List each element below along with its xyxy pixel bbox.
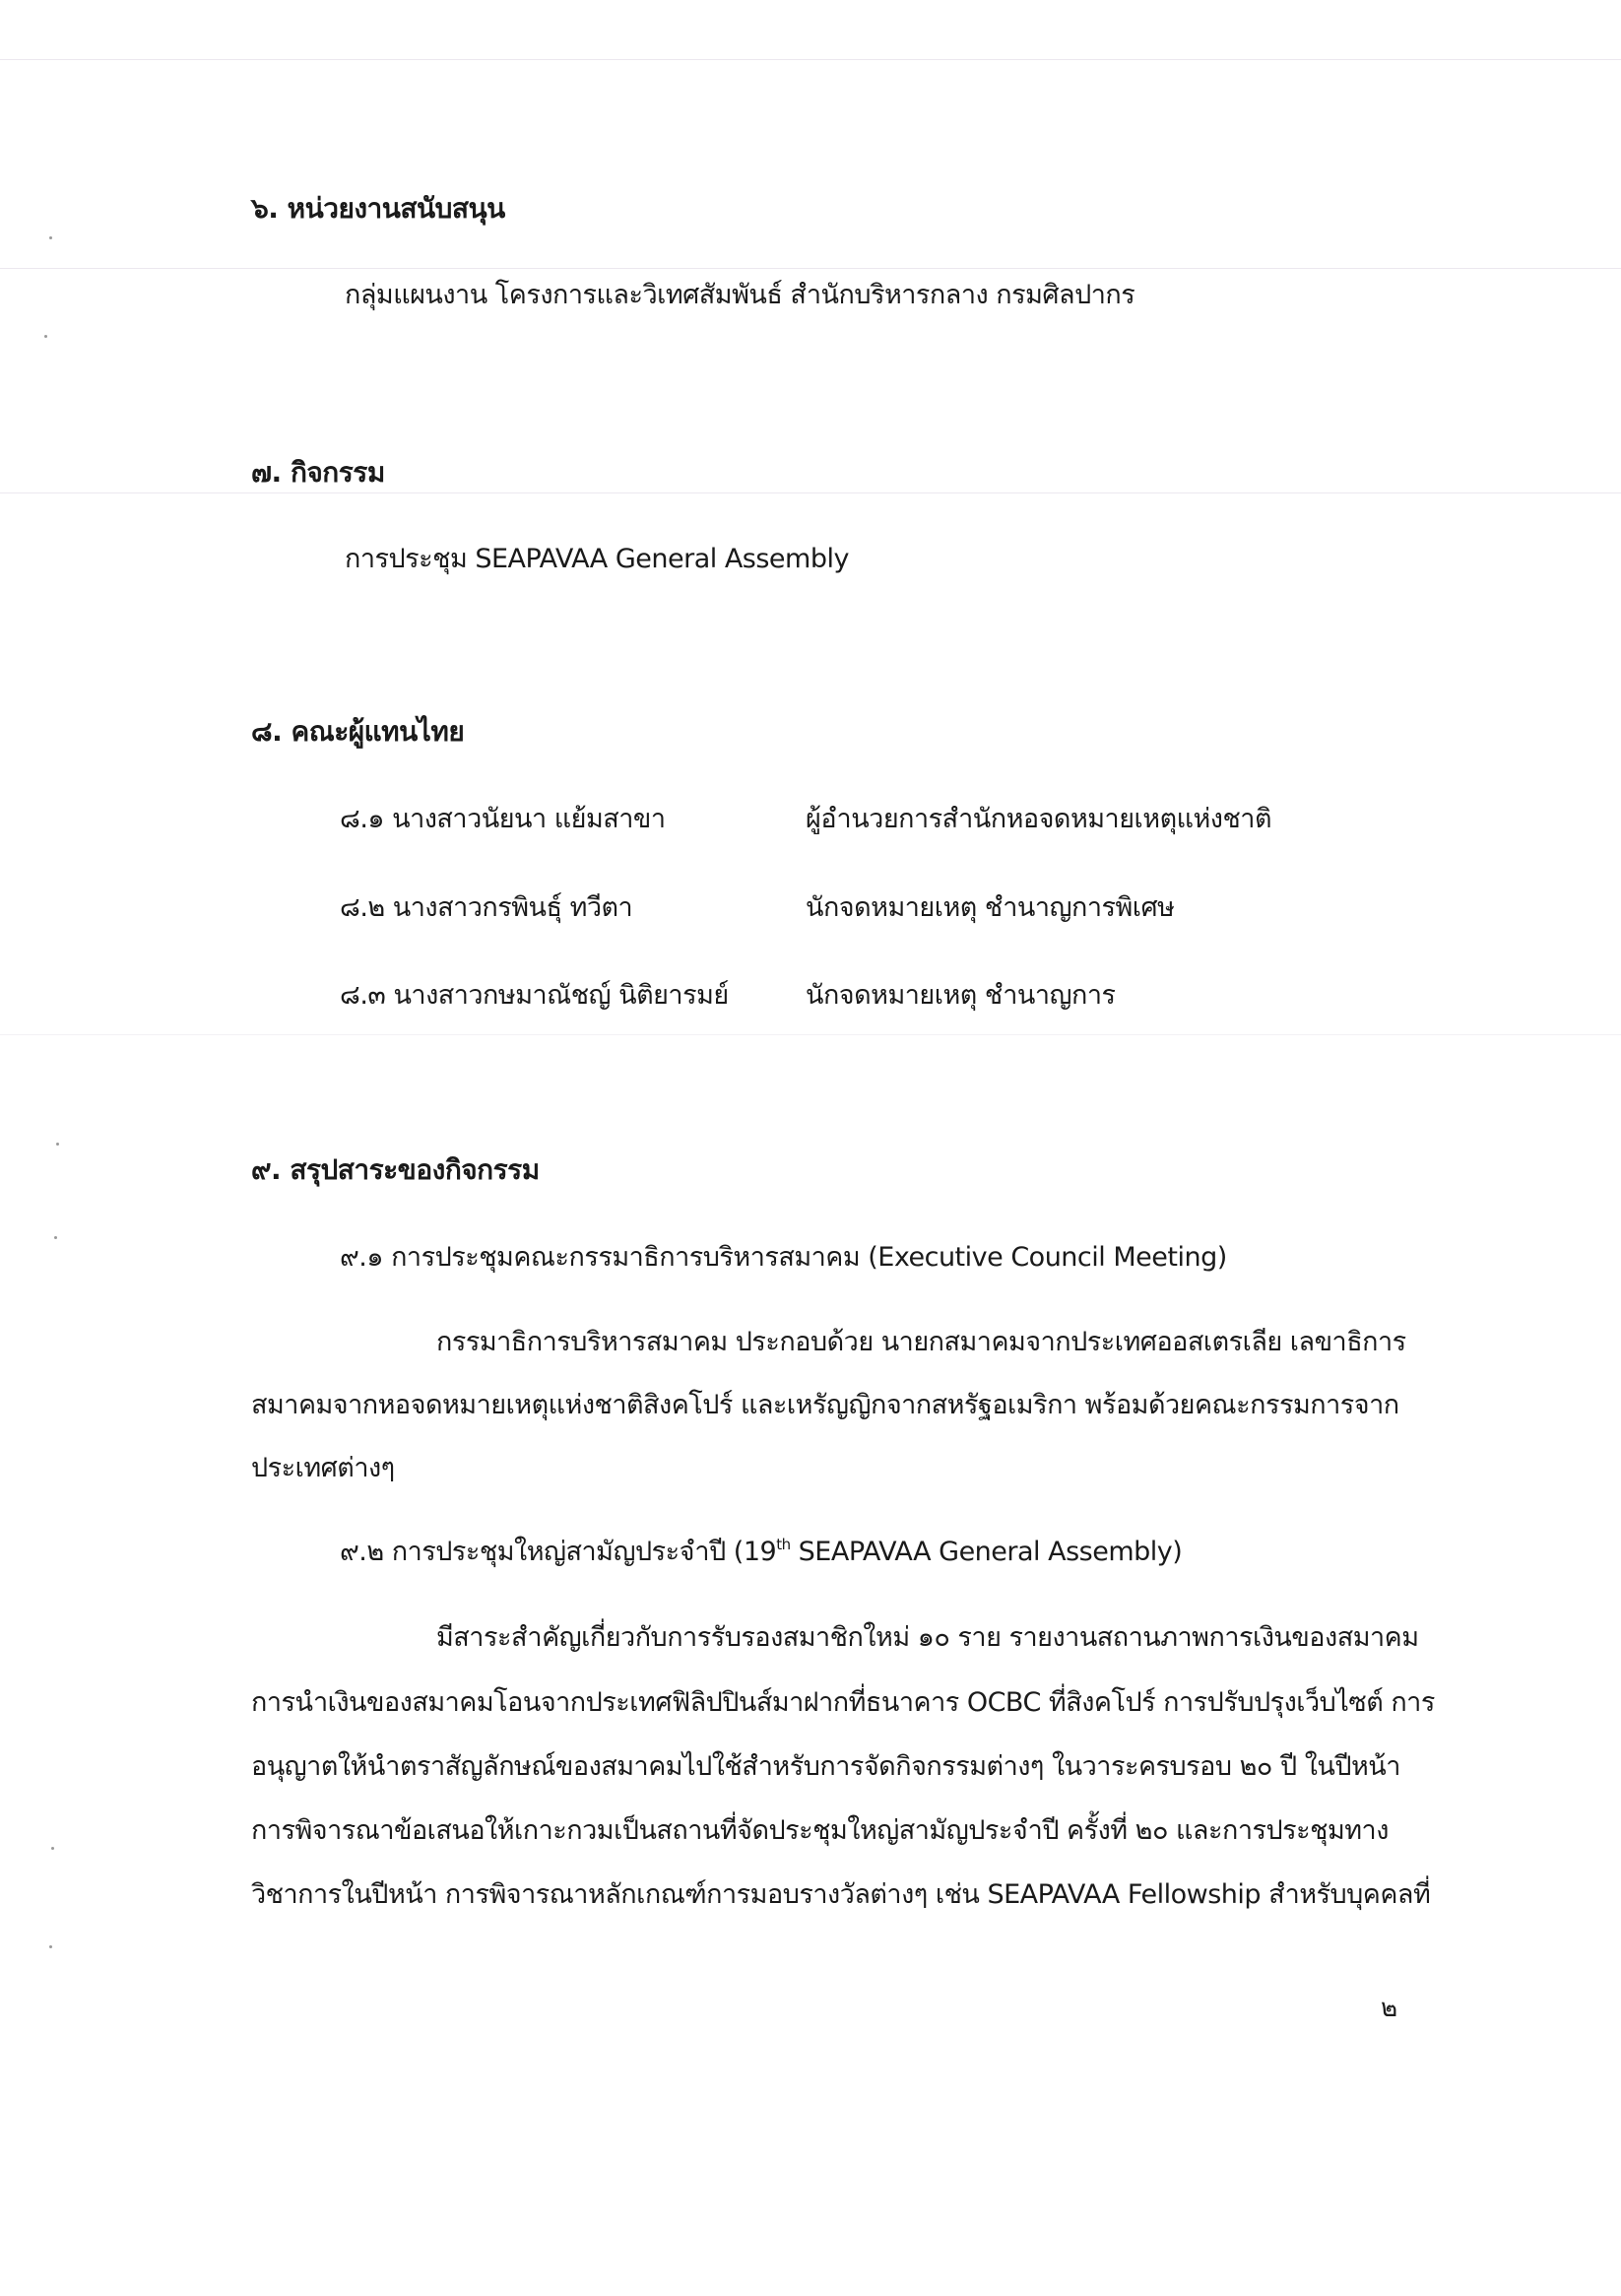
- delegate-position: นักจดหมายเหตุ ชำนาญการพิเศษ: [806, 890, 1174, 926]
- section-6-heading: ๖. หน่วยงานสนับสนุน: [251, 191, 505, 227]
- subsection-9-1-title: ๙.๑ การประชุมคณะกรรมาธิการบริหารสมาคม (E…: [340, 1240, 1227, 1276]
- section-6-body: กลุ่มแผนงาน โครงการและวิเทศสัมพันธ์ สำนั…: [345, 278, 1135, 313]
- paragraph-line: การนำเงินของสมาคมโอนจากประเทศฟิลิปปินส์ม…: [251, 1685, 1435, 1721]
- title-text: SEAPAVAA General Assembly): [791, 1537, 1183, 1567]
- paragraph-line: การพิจารณาข้อเสนอให้เกาะกวมเป็นสถานที่จั…: [251, 1813, 1389, 1849]
- scan-speck: [49, 236, 52, 239]
- page-number: ๒: [1381, 1988, 1397, 2028]
- scan-speck: [49, 1945, 52, 1948]
- paragraph-line: ประเทศต่างๆ: [251, 1451, 395, 1486]
- delegate-name: ๘.๓ นางสาวกษมาณัชญ์ นิติยารมย์: [340, 978, 729, 1014]
- section-7-body: การประชุม SEAPAVAA General Assembly: [345, 542, 849, 577]
- delegate-name: ๘.๒ นางสาวกรพินธุ์ ทวีตา: [340, 890, 632, 926]
- scan-speck: [56, 1143, 59, 1146]
- ordinal-superscript: th: [776, 1536, 790, 1553]
- scan-line: [0, 268, 1621, 269]
- section-9-heading: ๙. สรุปสาระของกิจกรรม: [251, 1152, 540, 1188]
- paragraph-line: กรรมาธิการบริหารสมาคม ประกอบด้วย นายกสมา…: [436, 1325, 1406, 1360]
- delegate-name: ๘.๑ นางสาวนัยนา แย้มสาขา: [340, 802, 666, 837]
- delegate-position: ผู้อำนวยการสำนักหอจดหมายเหตุแห่งชาติ: [806, 802, 1271, 837]
- scan-speck: [54, 1236, 57, 1239]
- subsection-9-2-title: ๙.๒ การประชุมใหญ่สามัญประจำปี (19th SEAP…: [340, 1535, 1182, 1570]
- section-7-heading: ๗. กิจกรรม: [251, 455, 385, 491]
- section-8-heading: ๘. คณะผู้แทนไทย: [251, 714, 464, 750]
- paragraph-line: อนุญาตให้นำตราสัญลักษณ์ของสมาคมไปใช้สำหร…: [251, 1749, 1400, 1785]
- paragraph-line: วิชาการในปีหน้า การพิจารณาหลักเกณฑ์การมอ…: [251, 1877, 1430, 1913]
- scan-line: [0, 1034, 1621, 1035]
- scan-speck: [44, 335, 47, 338]
- paragraph-line: มีสาระสำคัญเกี่ยวกับการรับรองสมาชิกใหม่ …: [436, 1620, 1419, 1656]
- scan-speck: [51, 1847, 54, 1850]
- title-text: ๙.๒ การประชุมใหญ่สามัญประจำปี (19: [340, 1537, 776, 1567]
- delegate-position: นักจดหมายเหตุ ชำนาญการ: [806, 978, 1116, 1014]
- paragraph-line: สมาคมจากหอจดหมายเหตุแห่งชาติสิงคโปร์ และ…: [251, 1388, 1399, 1423]
- scan-line: [0, 59, 1621, 60]
- scan-line: [0, 492, 1621, 493]
